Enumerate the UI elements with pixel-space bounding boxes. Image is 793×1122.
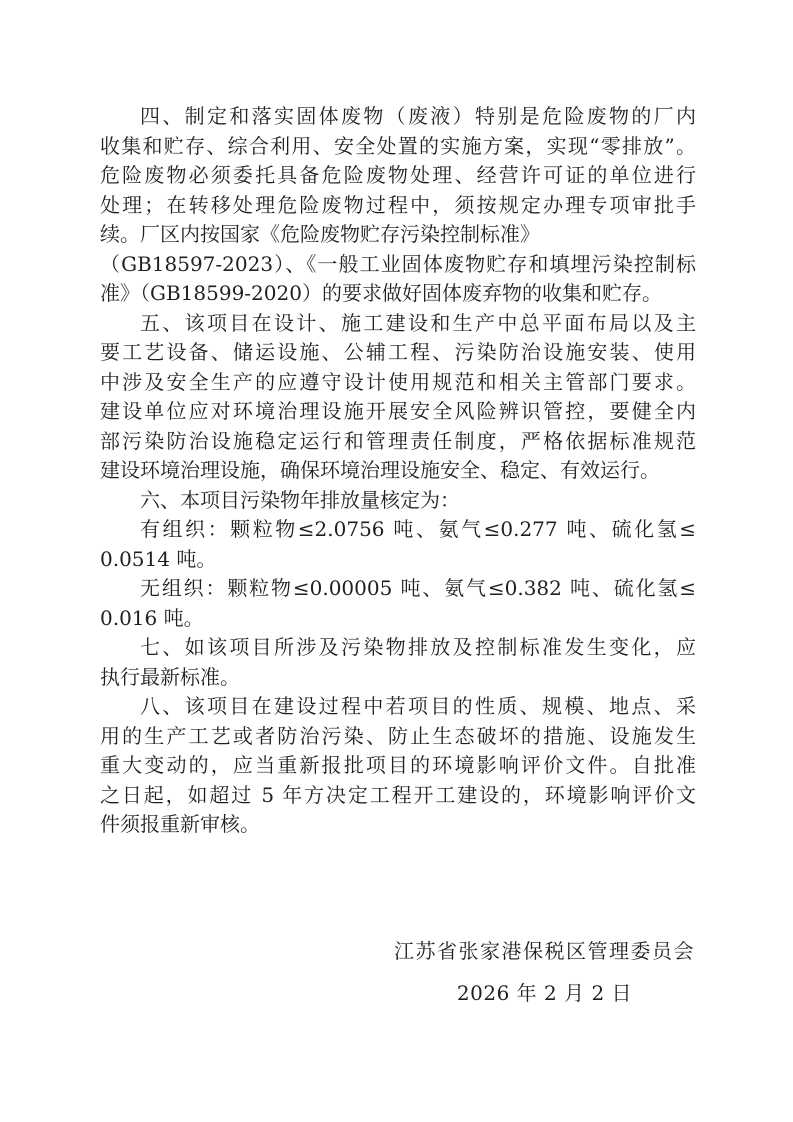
text-line: 之日起，如超过 5 年方决定工程开工建设的，环境影响评价文: [100, 781, 696, 811]
text-line: 危险废物必须委托具备危险废物处理、经营许可证的单位进行: [100, 161, 696, 191]
text-line: 中涉及安全生产的应遵守设计使用规范和相关主管部门要求。: [100, 368, 696, 398]
text-line: 建设单位应对环境治理设施开展安全风险辨识管控，要健全内: [100, 397, 696, 427]
issuing-agency: 江苏省张家港保税区管理委员会: [394, 937, 695, 967]
text-line: 用的生产工艺或者防治污染、防止生态破坏的措施、设施发生: [100, 722, 696, 752]
text-line: 部污染防治设施稳定运行和管理责任制度，严格依据标准规范: [100, 427, 696, 457]
document-page: 四、制定和落实固体废物（废液）特别是危险废物的厂内收集和贮存、综合利用、安全处置…: [0, 0, 793, 1122]
issue-date: 2026 年 2 月 2 日: [394, 979, 695, 1009]
signature-block: 江苏省张家港保税区管理委员会 2026 年 2 月 2 日: [394, 937, 695, 1008]
text-line: 建设环境治理设施，确保环境治理设施安全、稳定、有效运行。: [100, 456, 696, 486]
paragraph-item-8: 八、该项目在建设过程中若项目的性质、规模、地点、采用的生产工艺或者防治污染、防止…: [100, 692, 696, 840]
document-body: 四、制定和落实固体废物（废液）特别是危险废物的厂内收集和贮存、综合利用、安全处置…: [100, 102, 696, 840]
paragraph-item-6-heading: 六、本项目污染物年排放量核定为：: [100, 486, 696, 516]
text-line: 五、该项目在设计、施工建设和生产中总平面布局以及主: [100, 309, 696, 339]
text-line: 0.016 吨。: [100, 604, 696, 634]
text-line: 处理；在转移处理危险废物过程中，须按规定办理专项审批手: [100, 191, 696, 221]
text-line: 六、本项目污染物年排放量核定为：: [100, 486, 696, 516]
text-line: 0.0514 吨。: [100, 545, 696, 575]
text-line: 收集和贮存、综合利用、安全处置的实施方案，实现“零排放”。: [100, 132, 696, 162]
paragraph-unorganized-emissions: 无组织：颗粒物≤0.00005 吨、氨气≤0.382 吨、硫化氢≤0.016 吨…: [100, 574, 696, 633]
text-line: 要工艺设备、储运设施、公辅工程、污染防治设施安装、使用: [100, 338, 696, 368]
text-line: 续。厂区内按国家《危险废物贮存污染控制标准》: [100, 220, 696, 250]
paragraph-item-4: 四、制定和落实固体废物（废液）特别是危险废物的厂内收集和贮存、综合利用、安全处置…: [100, 102, 696, 309]
text-line: 件须报重新审核。: [100, 810, 696, 840]
text-line: 有组织：颗粒物≤2.0756 吨、氨气≤0.277 吨、硫化氢≤: [100, 515, 696, 545]
paragraph-item-5: 五、该项目在设计、施工建设和生产中总平面布局以及主要工艺设备、储运设施、公辅工程…: [100, 309, 696, 486]
text-line: 执行最新标准。: [100, 663, 696, 693]
text-line: 八、该项目在建设过程中若项目的性质、规模、地点、采: [100, 692, 696, 722]
text-line: （GB18597-2023）、《一般工业固体废物贮存和填埋污染控制标: [100, 250, 696, 280]
text-line: 四、制定和落实固体废物（废液）特别是危险废物的厂内: [100, 102, 696, 132]
text-line: 重大变动的，应当重新报批项目的环境影响评价文件。自批准: [100, 751, 696, 781]
paragraph-item-7: 七、如该项目所涉及污染物排放及控制标准发生变化，应执行最新标准。: [100, 633, 696, 692]
paragraph-organized-emissions: 有组织：颗粒物≤2.0756 吨、氨气≤0.277 吨、硫化氢≤0.0514 吨…: [100, 515, 696, 574]
text-line: 七、如该项目所涉及污染物排放及控制标准发生变化，应: [100, 633, 696, 663]
text-line: 准》（GB18599-2020）的要求做好固体废弃物的收集和贮存。: [100, 279, 696, 309]
text-line: 无组织：颗粒物≤0.00005 吨、氨气≤0.382 吨、硫化氢≤: [100, 574, 696, 604]
